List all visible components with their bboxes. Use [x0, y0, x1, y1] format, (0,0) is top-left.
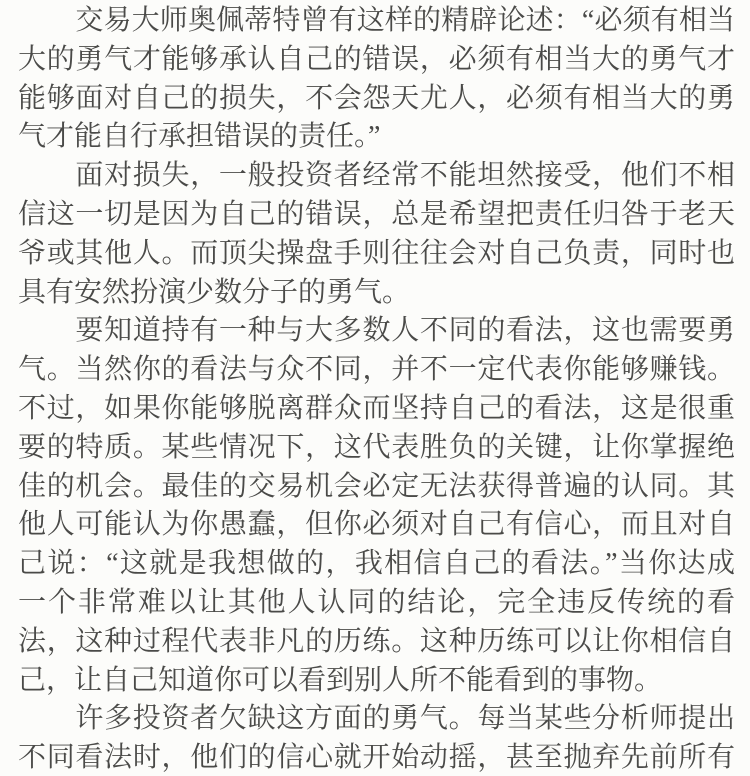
text-line: 能够面对自己的损失，不会怨天尤人，必须有相当大的勇 — [18, 80, 735, 119]
text-line: 面对损失，一般投资者经常不能坦然接受，他们不相 — [18, 157, 735, 196]
paragraph-independent-view: 要知道持有一种与大多数人不同的看法，这也需要勇 气。当然你的看法与众不同，并不一… — [18, 312, 735, 700]
text-line: 他人可能认为你愚蠢，但你必须对自己有信心，而且对自 — [18, 506, 735, 545]
text-line: 大的勇气才能够承认自己的错误，必须有相当大的勇气才 — [18, 41, 735, 80]
text-line: 不同看法时，他们的信心就开始动摇，甚至抛弃先前所有 — [18, 739, 735, 776]
text-line: 一个非常难以让其他人认同的结论，完全违反传统的看 — [18, 584, 735, 623]
text-line: 不过，如果你能够脱离群众而坚持自己的看法，这是很重 — [18, 390, 735, 429]
text-line: 气才能自行承担错误的责任。” — [18, 118, 735, 157]
text-line: 己，让自己知道你可以看到别人所不能看到的事物。 — [18, 662, 735, 701]
text-line: 爷或其他人。而顶尖操盘手则往往会对自己负责，同时也 — [18, 235, 735, 274]
paragraph-facing-losses: 面对损失，一般投资者经常不能坦然接受，他们不相 信这一切是因为自己的错误，总是希… — [18, 157, 735, 312]
paragraph-lacking-courage: 许多投资者欠缺这方面的勇气。每当某些分析师提出 不同看法时，他们的信心就开始动摇… — [18, 700, 735, 776]
text-line: 具有安然扮演少数分子的勇气。 — [18, 274, 735, 313]
text-line: 气。当然你的看法与众不同，并不一定代表你能够赚钱。 — [18, 351, 735, 390]
text-line: 己说：“这就是我想做的，我相信自己的看法。”当你达成 — [18, 545, 735, 584]
text-line: 要知道持有一种与大多数人不同的看法，这也需要勇 — [18, 312, 735, 351]
text-line: 要的特质。某些情况下，这代表胜负的关键，让你掌握绝 — [18, 429, 735, 468]
text-line: 法，这种过程代表非凡的历练。这种历练可以让你相信自 — [18, 623, 735, 662]
text-line: 佳的机会。最佳的交易机会必定无法获得普遍的认同。其 — [18, 468, 735, 507]
text-line: 信这一切是因为自己的错误，总是希望把责任归咎于老天 — [18, 196, 735, 235]
book-page: 交易大师奥佩蒂特曾有这样的精辟论述：“必须有相当 大的勇气才能够承认自己的错误，… — [0, 0, 750, 776]
text-line: 许多投资者欠缺这方面的勇气。每当某些分析师提出 — [18, 700, 735, 739]
paragraph-quote: 交易大师奥佩蒂特曾有这样的精辟论述：“必须有相当 大的勇气才能够承认自己的错误，… — [18, 2, 735, 157]
text-line: 交易大师奥佩蒂特曾有这样的精辟论述：“必须有相当 — [18, 2, 735, 41]
